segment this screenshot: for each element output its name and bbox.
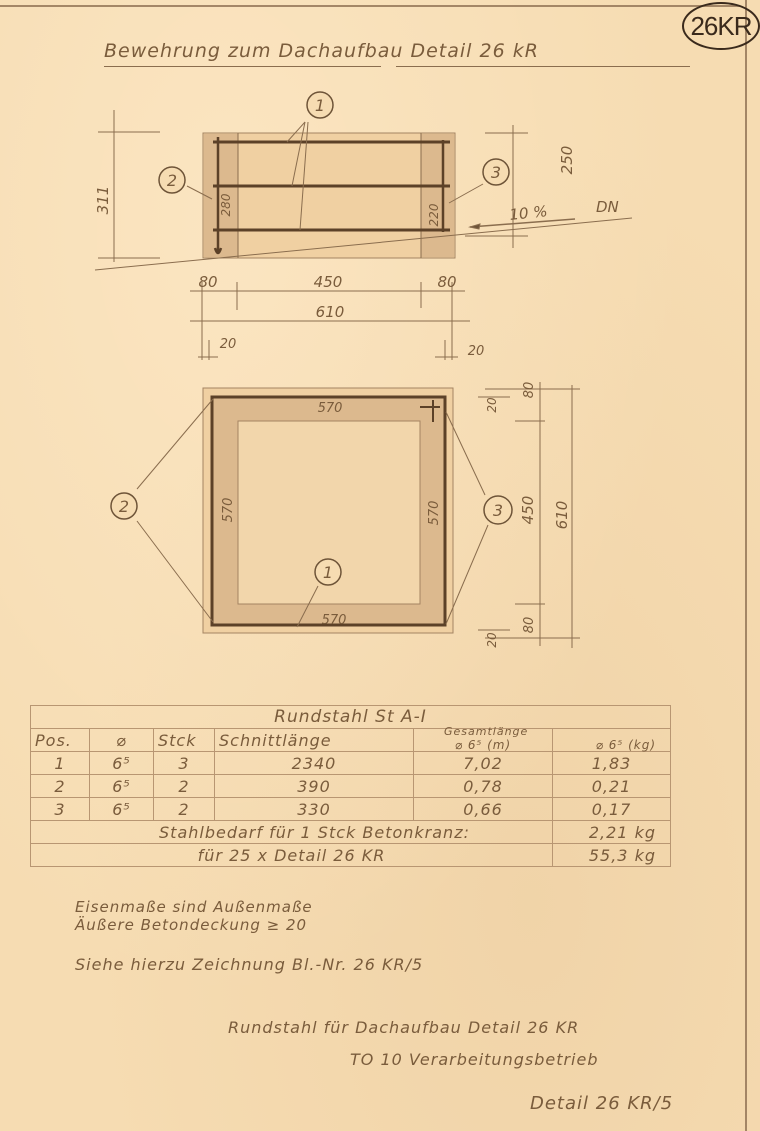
table-title: Rundstahl St A-I <box>31 706 671 729</box>
dim-total: 610 <box>316 303 345 321</box>
position-number: 1 <box>315 96 325 115</box>
drawing-sheet: 26KR Bewehrung zum Dachaufbau Detail 26 … <box>0 0 760 1131</box>
dim-wall-top: 80 <box>522 382 537 399</box>
dim-cover-top: 20 <box>485 397 499 413</box>
header-total-group: Gesamtlänge <box>444 725 528 738</box>
header-diameter: ⌀ <box>90 729 154 752</box>
steel-schedule-table: Rundstahl St A-I Pos. ⌀ Stck Schnittläng… <box>30 705 671 867</box>
footer-line-1: Rundstahl für Dachaufbau Detail 26 KR <box>228 1018 579 1037</box>
reinforcement-drawing: 1 2 3 2 3 1 311 250 280 220 10 % DN 80 4… <box>0 0 760 700</box>
header-total-kg: ⌀ 6⁵ (kg) <box>553 729 671 752</box>
header-count: Stck <box>154 729 215 752</box>
dim-clear: 450 <box>314 273 343 291</box>
summary-row-total: für 25 x Detail 26 KR 55,3 kg <box>31 844 671 867</box>
dim-cover-left: 20 <box>220 337 237 352</box>
dim-bar-left: 570 <box>221 498 236 523</box>
table-header-row: Pos. ⌀ Stck Schnittlänge Gesamtlänge ⌀ 6… <box>31 729 671 752</box>
dim-height-total: 311 <box>94 186 112 215</box>
header-cut-length: Schnittlänge <box>215 729 414 752</box>
dim-right-bar: 220 <box>427 203 441 226</box>
dim-cover-right: 20 <box>468 344 485 359</box>
note-reference-drawing: Siehe hierzu Zeichnung Bl.-Nr. 26 KR/5 <box>75 955 423 974</box>
dim-height-right: 250 <box>558 146 576 175</box>
table-row: 1 6⁵ 3 2340 7,02 1,83 <box>31 752 671 775</box>
position-number: 2 <box>167 171 177 190</box>
dim-clear-vertical: 450 <box>519 496 537 525</box>
dim-bar-bottom: 570 <box>322 613 347 628</box>
dim-left-bar: 280 <box>219 193 233 216</box>
slope-direction: DN <box>596 198 619 216</box>
summary-row-single: Stahlbedarf für 1 Stck Betonkranz: 2,21 … <box>31 821 671 844</box>
note-concrete-cover: Äußere Betondeckung ≥ 20 <box>75 916 307 934</box>
position-number: 3 <box>491 163 501 182</box>
footer-line-2: TO 10 Verarbeitungsbetrieb <box>350 1050 599 1069</box>
position-number: 1 <box>323 563 333 582</box>
dim-cover-bottom: 20 <box>485 632 499 648</box>
position-number: 3 <box>493 501 503 520</box>
note-outer-dimensions: Eisenmaße sind Außenmaße <box>75 898 313 916</box>
slope-label: 10 % <box>509 202 549 224</box>
table-row: 3 6⁵ 2 330 0,66 0,17 <box>31 798 671 821</box>
table-row: 2 6⁵ 2 390 0,78 0,21 <box>31 775 671 798</box>
position-number: 2 <box>119 497 129 516</box>
dim-total-vertical: 610 <box>553 501 571 530</box>
dim-wall-bottom: 80 <box>522 617 537 634</box>
dim-right-wall: 80 <box>437 273 456 291</box>
dim-bar-right: 570 <box>427 501 442 526</box>
dim-left-wall: 80 <box>198 273 217 291</box>
footer-detail-number: Detail 26 KR/5 <box>530 1093 673 1114</box>
header-pos: Pos. <box>31 729 90 752</box>
dim-bar-top: 570 <box>318 401 343 416</box>
header-total-m: Gesamtlänge ⌀ 6⁵ (m) <box>414 729 553 752</box>
